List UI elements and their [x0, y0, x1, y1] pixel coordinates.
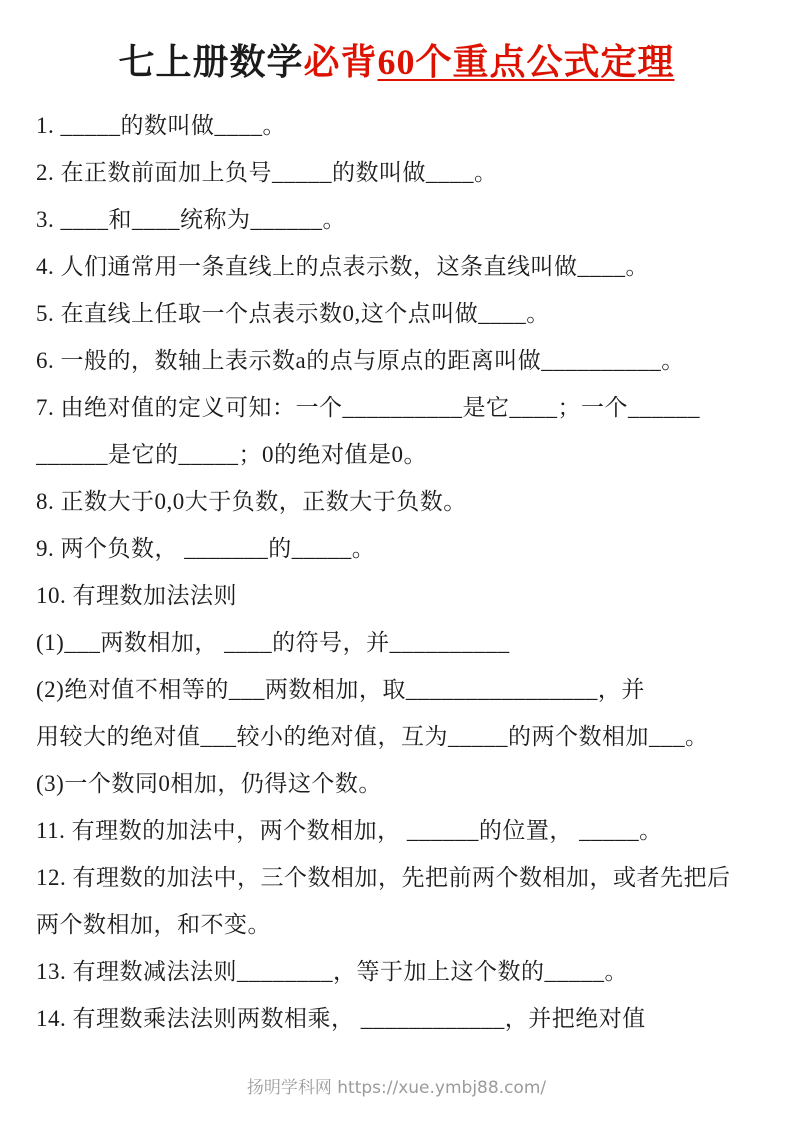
question-10-sub-2-cont: 用较大的绝对值___较小的绝对值，互为_____的两个数相加___。: [36, 713, 755, 760]
question-12-cont: 两个数相加，和不变。: [36, 901, 755, 948]
question-7-cont: ______是它的_____；0的绝对值是0。: [36, 431, 755, 478]
question-10-sub-3: (3)一个数同0相加，仍得这个数。: [36, 760, 755, 807]
footer-site-name: 扬明学科网: [247, 1078, 332, 1098]
question-8: 8. 正数大于0,0大于负数，正数大于负数。: [36, 478, 755, 525]
question-14: 14. 有理数乘法法则两数相乘， ____________，并把绝对值: [36, 995, 755, 1042]
question-9: 9. 两个负数， _______的_____。: [36, 525, 755, 572]
footer-watermark: 扬明学科网 https://xue.ymbj88.com/: [0, 1073, 793, 1098]
question-4: 4. 人们通常用一条直线上的点表示数，这条直线叫做____。: [36, 243, 755, 290]
question-10-sub-1: (1)___两数相加， ____的符号，并__________: [36, 619, 755, 666]
footer-url: https://xue.ymbj88.com/: [337, 1078, 546, 1098]
question-10-sub-2: (2)绝对值不相等的___两数相加，取________________，并: [36, 666, 755, 713]
question-1: 1. _____的数叫做____。: [36, 102, 755, 149]
questions-list: 1. _____的数叫做____。 2. 在正数前面加上负号_____的数叫做_…: [36, 102, 755, 1042]
worksheet-page: 七上册数学必背60个重点公式定理 1. _____的数叫做____。 2. 在正…: [0, 0, 793, 1122]
question-5: 5. 在直线上任取一个点表示数0,这个点叫做____。: [36, 290, 755, 337]
title-black-part: 七上册数学: [118, 42, 303, 82]
question-7: 7. 由绝对值的定义可知：一个__________是它____；一个______: [36, 384, 755, 431]
question-2: 2. 在正数前面加上负号_____的数叫做____。: [36, 149, 755, 196]
question-11: 11. 有理数的加法中，两个数相加， ______的位置， _____。: [36, 807, 755, 854]
title-red-underlined-part: 60个重点公式定理: [378, 42, 675, 82]
question-10: 10. 有理数加法法则: [36, 572, 755, 619]
question-12: 12. 有理数的加法中，三个数相加，先把前两个数相加，或者先把后: [36, 854, 755, 901]
question-3: 3. ____和____统称为______。: [36, 196, 755, 243]
title-red-part: 必背: [303, 42, 377, 82]
page-title: 七上册数学必背60个重点公式定理: [0, 0, 793, 86]
question-6: 6. 一般的，数轴上表示数a的点与原点的距离叫做__________。: [36, 337, 755, 384]
question-13: 13. 有理数减法法则________，等于加上这个数的_____。: [36, 948, 755, 995]
